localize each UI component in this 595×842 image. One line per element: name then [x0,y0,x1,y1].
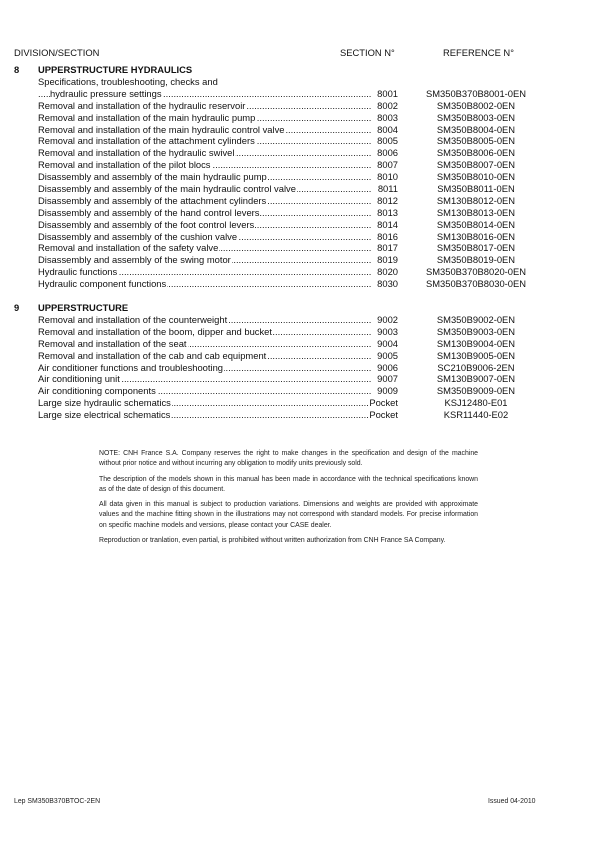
column-header-division: DIVISION/SECTION [14,47,99,58]
toc-entry-label: Removal and installation of the hydrauli… [38,100,246,111]
footer-document-code: Lep SM350B370BTOC-2EN [14,798,100,805]
toc-entry-reference: SM350B8017-0EN [415,242,537,254]
toc-entry[interactable]: ........................................… [0,278,595,290]
toc-entry-section-number: 8002 [376,100,398,112]
toc-entry-reference: SM350B370B8001-0EN [415,88,537,100]
toc-entry-reference: SM350B8006-0EN [415,147,537,159]
toc-entry-reference: SM130B8013-0EN [415,207,537,219]
toc-entry[interactable]: ........................................… [0,124,595,136]
toc-entry-section-number: 8030 [376,278,398,290]
toc-entry[interactable]: ........................................… [0,409,595,421]
toc-entry-label: Disassembly and assembly of the attachme… [38,195,267,206]
toc-entry[interactable]: ........................................… [0,88,595,100]
toc-entry-section-number: Pocket [368,409,398,421]
toc-entry-reference: KSR11440-E02 [415,409,537,421]
column-header-section: SECTION N° [340,47,395,58]
section-group-heading: 8UPPERSTRUCTURE HYDRAULICS [0,64,595,76]
toc-entry-label: Large size hydraulic schematics [38,397,172,408]
toc-entry-reference: SM350B8019-0EN [415,254,537,266]
toc-entry[interactable]: ........................................… [0,183,595,195]
division-number: 8 [14,64,19,75]
toc-entry[interactable]: ........................................… [0,231,595,243]
toc-entry-section-number: 9007 [376,373,398,385]
toc-entry-section-number: 8011 [377,183,398,195]
toc-entry[interactable]: ........................................… [0,100,595,112]
division-number: 9 [14,302,19,313]
toc-entry-section-number: Pocket [368,397,398,409]
toc-entry[interactable]: ........................................… [0,397,595,409]
toc-entry-label: Removal and installation of the boom, di… [38,326,273,337]
toc-entry-label-line1: Specifications, troubleshooting, checks … [38,76,218,88]
toc-entry[interactable]: ........................................… [0,385,595,397]
toc-entry[interactable]: ........................................… [0,242,595,254]
toc-entry-label: Disassembly and assembly of the cushion … [38,231,238,242]
note-paragraph: NOTE: CNH France S.A. Company reserves t… [99,449,478,470]
toc-entry-label: Air conditioning unit [38,373,121,384]
toc-entry-label: Removal and installation of the safety v… [38,242,219,253]
toc-entry[interactable]: ........................................… [0,171,595,183]
footer-issue-date: Issued 04-2010 [488,798,536,805]
toc-entry[interactable]: ........................................… [0,266,595,278]
toc-entry-reference: SM350B370B8020-0EN [415,266,537,278]
toc-entry-label: Air conditioner functions and troublesho… [38,362,224,373]
toc-entry-label: Disassembly and assembly of the main hyd… [38,171,268,182]
toc-entry-reference: SM350B370B8030-0EN [415,278,537,290]
toc-entry-reference: SM350B8002-0EN [415,100,537,112]
toc-entry-reference: SM130B9005-0EN [415,350,537,362]
section-group-heading: 9UPPERSTRUCTURE [0,302,595,314]
toc-entry-reference: SM350B8014-0EN [415,219,537,231]
toc-entry-section-number: 8007 [376,159,398,171]
toc-entry-reference: SM350B8005-0EN [415,135,537,147]
note-paragraph: Reproduction or tranlation, even partial… [99,536,478,546]
toc-entry-label: Hydraulic component functions [38,278,167,289]
toc-entry-section-number: 8013 [376,207,398,219]
toc-entry-section-number: 8003 [376,112,398,124]
column-header-reference: REFERENCE N° [443,47,514,58]
note-paragraph: All data given in this manual is subject… [99,500,478,531]
toc-entry[interactable]: ........................................… [0,373,595,385]
toc-entry[interactable]: ........................................… [0,112,595,124]
toc-entry-section-number: 8014 [376,219,398,231]
toc-entry-label: Removal and installation of the pilot bl… [38,159,212,170]
toc-entry[interactable]: ........................................… [0,195,595,207]
division-title: UPPERSTRUCTURE HYDRAULICS [38,64,192,75]
toc-entry[interactable]: ........................................… [0,135,595,147]
toc-entry[interactable]: ........................................… [0,207,595,219]
toc-entry-section-number: 8012 [376,195,398,207]
toc-entry-reference: SM130B8016-0EN [415,231,537,243]
toc-entry-reference: SC210B9006-2EN [415,362,537,374]
toc-entry[interactable]: ........................................… [0,314,595,326]
toc-entry-label: Disassembly and assembly of the hand con… [38,207,260,218]
legal-notes: NOTE: CNH France S.A. Company reserves t… [99,449,478,551]
toc-entry-reference: SM350B8007-0EN [415,159,537,171]
toc-entry-label: Removal and installation of the hydrauli… [38,147,235,158]
division-title: UPPERSTRUCTURE [38,302,128,313]
toc-entry-reference: SM350B9002-0EN [415,314,537,326]
toc-entry-reference: SM350B8010-0EN [415,171,537,183]
toc-entry-section-number: 9004 [376,338,398,350]
toc-entry[interactable]: ........................................… [0,147,595,159]
toc-entry-section-number: 9003 [376,326,398,338]
toc-entry-section-number: 8004 [376,124,398,136]
toc-entry-reference: SM350B9009-0EN [415,385,537,397]
toc-entry-label: Hydraulic functions [38,266,118,277]
toc-entry[interactable]: ........................................… [0,159,595,171]
toc-entry-reference: SM350B8003-0EN [415,112,537,124]
toc-entry-label: Removal and installation of the cab and … [38,350,267,361]
toc-entry-section-number: 9006 [376,362,398,374]
toc-entry[interactable]: ........................................… [0,254,595,266]
toc-entry-label: Removal and installation of the main hyd… [38,124,285,135]
toc-entry-reference: SM130B9004-0EN [415,338,537,350]
toc-entry-section-number: 8006 [376,147,398,159]
toc-entry-section-number: 8010 [376,171,398,183]
toc-entry-label: hydraulic pressure settings [50,88,163,99]
toc-entry-label: Disassembly and assembly of the main hyd… [38,183,297,194]
toc-entry-reference: SM130B9007-0EN [415,373,537,385]
toc-entry-section-number: 9002 [376,314,398,326]
toc-entry-label: Disassembly and assembly of the swing mo… [38,254,232,265]
toc-entry-reference: SM350B8004-0EN [415,124,537,136]
toc-entry[interactable]: ........................................… [0,326,595,338]
toc-entry-section-number: 8019 [376,254,398,266]
toc-entry[interactable]: ........................................… [0,219,595,231]
toc-entry-section-number: 9005 [376,350,398,362]
toc-entry-reference: SM350B8011-0EN [415,183,537,195]
toc-entry-label: Air conditioning components [38,385,157,396]
toc-entry-label: Removal and installation of the main hyd… [38,112,256,123]
toc-entry-label: Removal and installation of the counterw… [38,314,228,325]
toc-entry-section-number: 8001 [376,88,398,100]
toc-entry-reference: KSJ12480-E01 [415,397,537,409]
toc-entry-section-number: 8020 [376,266,398,278]
toc-entry-section-number: 9009 [376,385,398,397]
toc-entry-reference: SM350B9003-0EN [415,326,537,338]
toc-entry-section-number: 8017 [376,242,398,254]
toc-entry-label: Removal and installation of the attachme… [38,135,256,146]
toc-entry[interactable]: ........................................… [0,338,595,350]
toc-entry[interactable]: ........................................… [0,362,595,374]
toc-entry-label: Large size electrical schematics [38,409,171,420]
toc-entry-reference: SM130B8012-0EN [415,195,537,207]
toc-entry-section-number: 8016 [376,231,398,243]
toc-entry[interactable]: ........................................… [0,350,595,362]
toc-entry-section-number: 8005 [376,135,398,147]
toc-entry-label: Removal and installation of the seat [38,338,188,349]
toc-entry-label: Disassembly and assembly of the foot con… [38,219,255,230]
table-of-contents: 8UPPERSTRUCTURE HYDRAULICSSpecifications… [0,64,595,421]
note-paragraph: The description of the models shown in t… [99,475,478,496]
